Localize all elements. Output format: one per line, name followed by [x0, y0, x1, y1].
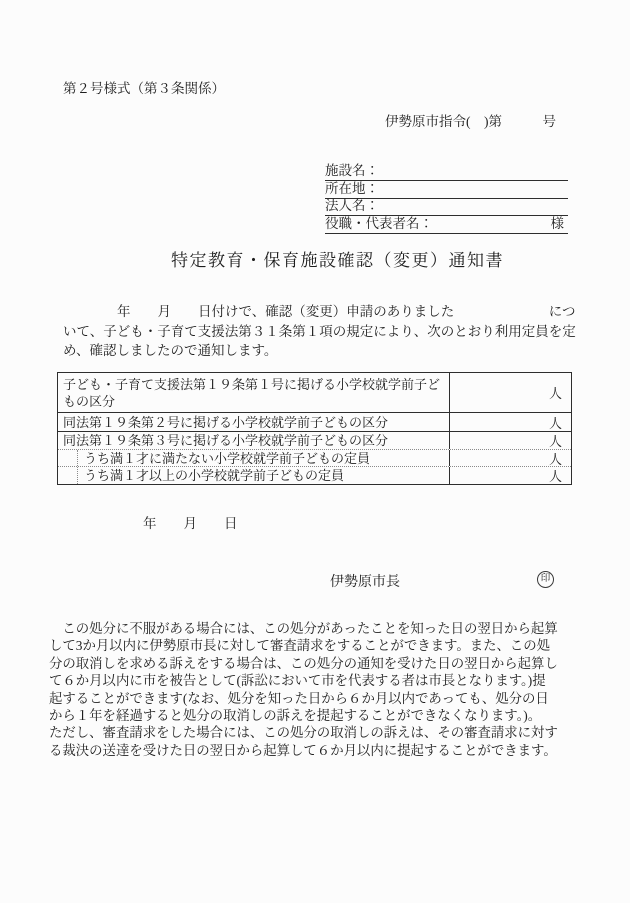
issue-date-line: 年 月 日 — [143, 512, 238, 532]
notification-document-page: 第２号様式（第３条関係） 伊勢原市指令( )第 号 施設名： 所在地： 法人名：… — [0, 0, 630, 903]
appeal-line-8: る裁決の送達を受けた日の翌日から起算して６か月以内に提起することができます。 — [49, 742, 589, 759]
directive-number-line: 伊勢原市指令( )第 号 — [385, 110, 556, 130]
table-row-category-3: 同法第１９条第３号に掲げる小学校就学前子どもの区分 人 — [58, 431, 571, 449]
table-row-category-2: 同法第１９条第２号に掲げる小学校就学前子どもの区分 人 — [58, 412, 571, 431]
representative-row: 役職・代表者名： 様 — [325, 216, 568, 233]
body-line-1: 年 月 日付けで、確認（変更）申請のありました につ — [63, 302, 575, 322]
recipient-block: 施設名： 所在地： 法人名： 役職・代表者名： 様 — [325, 164, 568, 234]
row-unit: 人 — [449, 467, 571, 484]
seal-character: 印 — [541, 575, 551, 585]
row-unit: 人 — [449, 450, 571, 466]
row-label: 同法第１９条第３号に掲げる小学校就学前子どもの区分 — [58, 432, 449, 449]
appeal-line-4: て６か月以内に市を被告として(訴訟において市を代表する者は市長となります。)提 — [49, 672, 589, 689]
appeal-line-5: 起することができます(なお、処分を知った日から６か月以内であっても、処分の日 — [49, 690, 589, 707]
row-label: 子ども・子育て支援法第１９条第１号に掲げる小学校就学前子どもの区分 — [58, 373, 449, 412]
table-subrow-under-1yo: うち満１才に満たない小学校就学前子どもの定員 人 — [58, 449, 571, 466]
body-line-2: いて、子ども・子育て支援法第３１条第１項の規定により、次のとおり利用定員を定 — [63, 322, 575, 342]
row-label: うち満１才以上の小学校就学前子どもの定員 — [58, 467, 449, 484]
appeal-line-6: から１年を経過すると処分の取消しの訴えを提起することができなくなります。)。 — [49, 707, 589, 724]
document-title: 特定教育・保育施設確認（変更）通知書 — [171, 246, 504, 271]
appeal-line-2: して3か月以内に伊勢原市長に対して審査請求をすることができます。また、この処 — [49, 637, 589, 654]
capacity-table: 子ども・子育て支援法第１９条第１号に掲げる小学校就学前子どもの区分 人 同法第１… — [57, 372, 572, 485]
honorific-label: 様 — [551, 212, 569, 232]
subrow-label-text: うち満１才以上の小学校就学前子どもの定員 — [84, 467, 344, 484]
row-unit: 人 — [449, 413, 571, 431]
row-unit: 人 — [449, 432, 571, 449]
row-unit: 人 — [449, 373, 571, 412]
table-subrow-over-1yo: うち満１才以上の小学校就学前子どもの定員 人 — [58, 466, 571, 484]
seal-icon: 印 — [537, 571, 554, 588]
body-paragraph: 年 月 日付けで、確認（変更）申請のありました につ いて、子ども・子育て支援法… — [63, 302, 575, 361]
row-label: うち満１才に満たない小学校就学前子どもの定員 — [58, 450, 449, 466]
appeal-line-3: 分の取消しを求める訴えをする場合は、この処分の通知を受けた日の翌日から起算し — [49, 655, 589, 672]
appeal-notice-paragraph: この処分に不服がある場合には、この処分があったことを知った日の翌日から起算 して… — [49, 620, 589, 759]
row-label: 同法第１９条第２号に掲げる小学校就学前子どもの区分 — [58, 413, 449, 431]
issuer-name: 伊勢原市長 — [330, 571, 400, 591]
table-row-category-1: 子ども・子育て支援法第１９条第１号に掲げる小学校就学前子どもの区分 人 — [58, 373, 571, 412]
body-line-3: め、確認しましたので通知します。 — [63, 341, 575, 361]
representative-label: 役職・代表者名： — [325, 212, 433, 232]
appeal-line-1: この処分に不服がある場合には、この処分があったことを知った日の翌日から起算 — [49, 620, 589, 637]
subrow-label-text: うち満１才に満たない小学校就学前子どもの定員 — [84, 450, 370, 467]
form-code-label: 第２号様式（第３条関係） — [63, 77, 225, 97]
appeal-line-7: ただし、審査請求をした場合には、この処分の取消しの訴えは、その審査請求に対す — [49, 724, 589, 741]
